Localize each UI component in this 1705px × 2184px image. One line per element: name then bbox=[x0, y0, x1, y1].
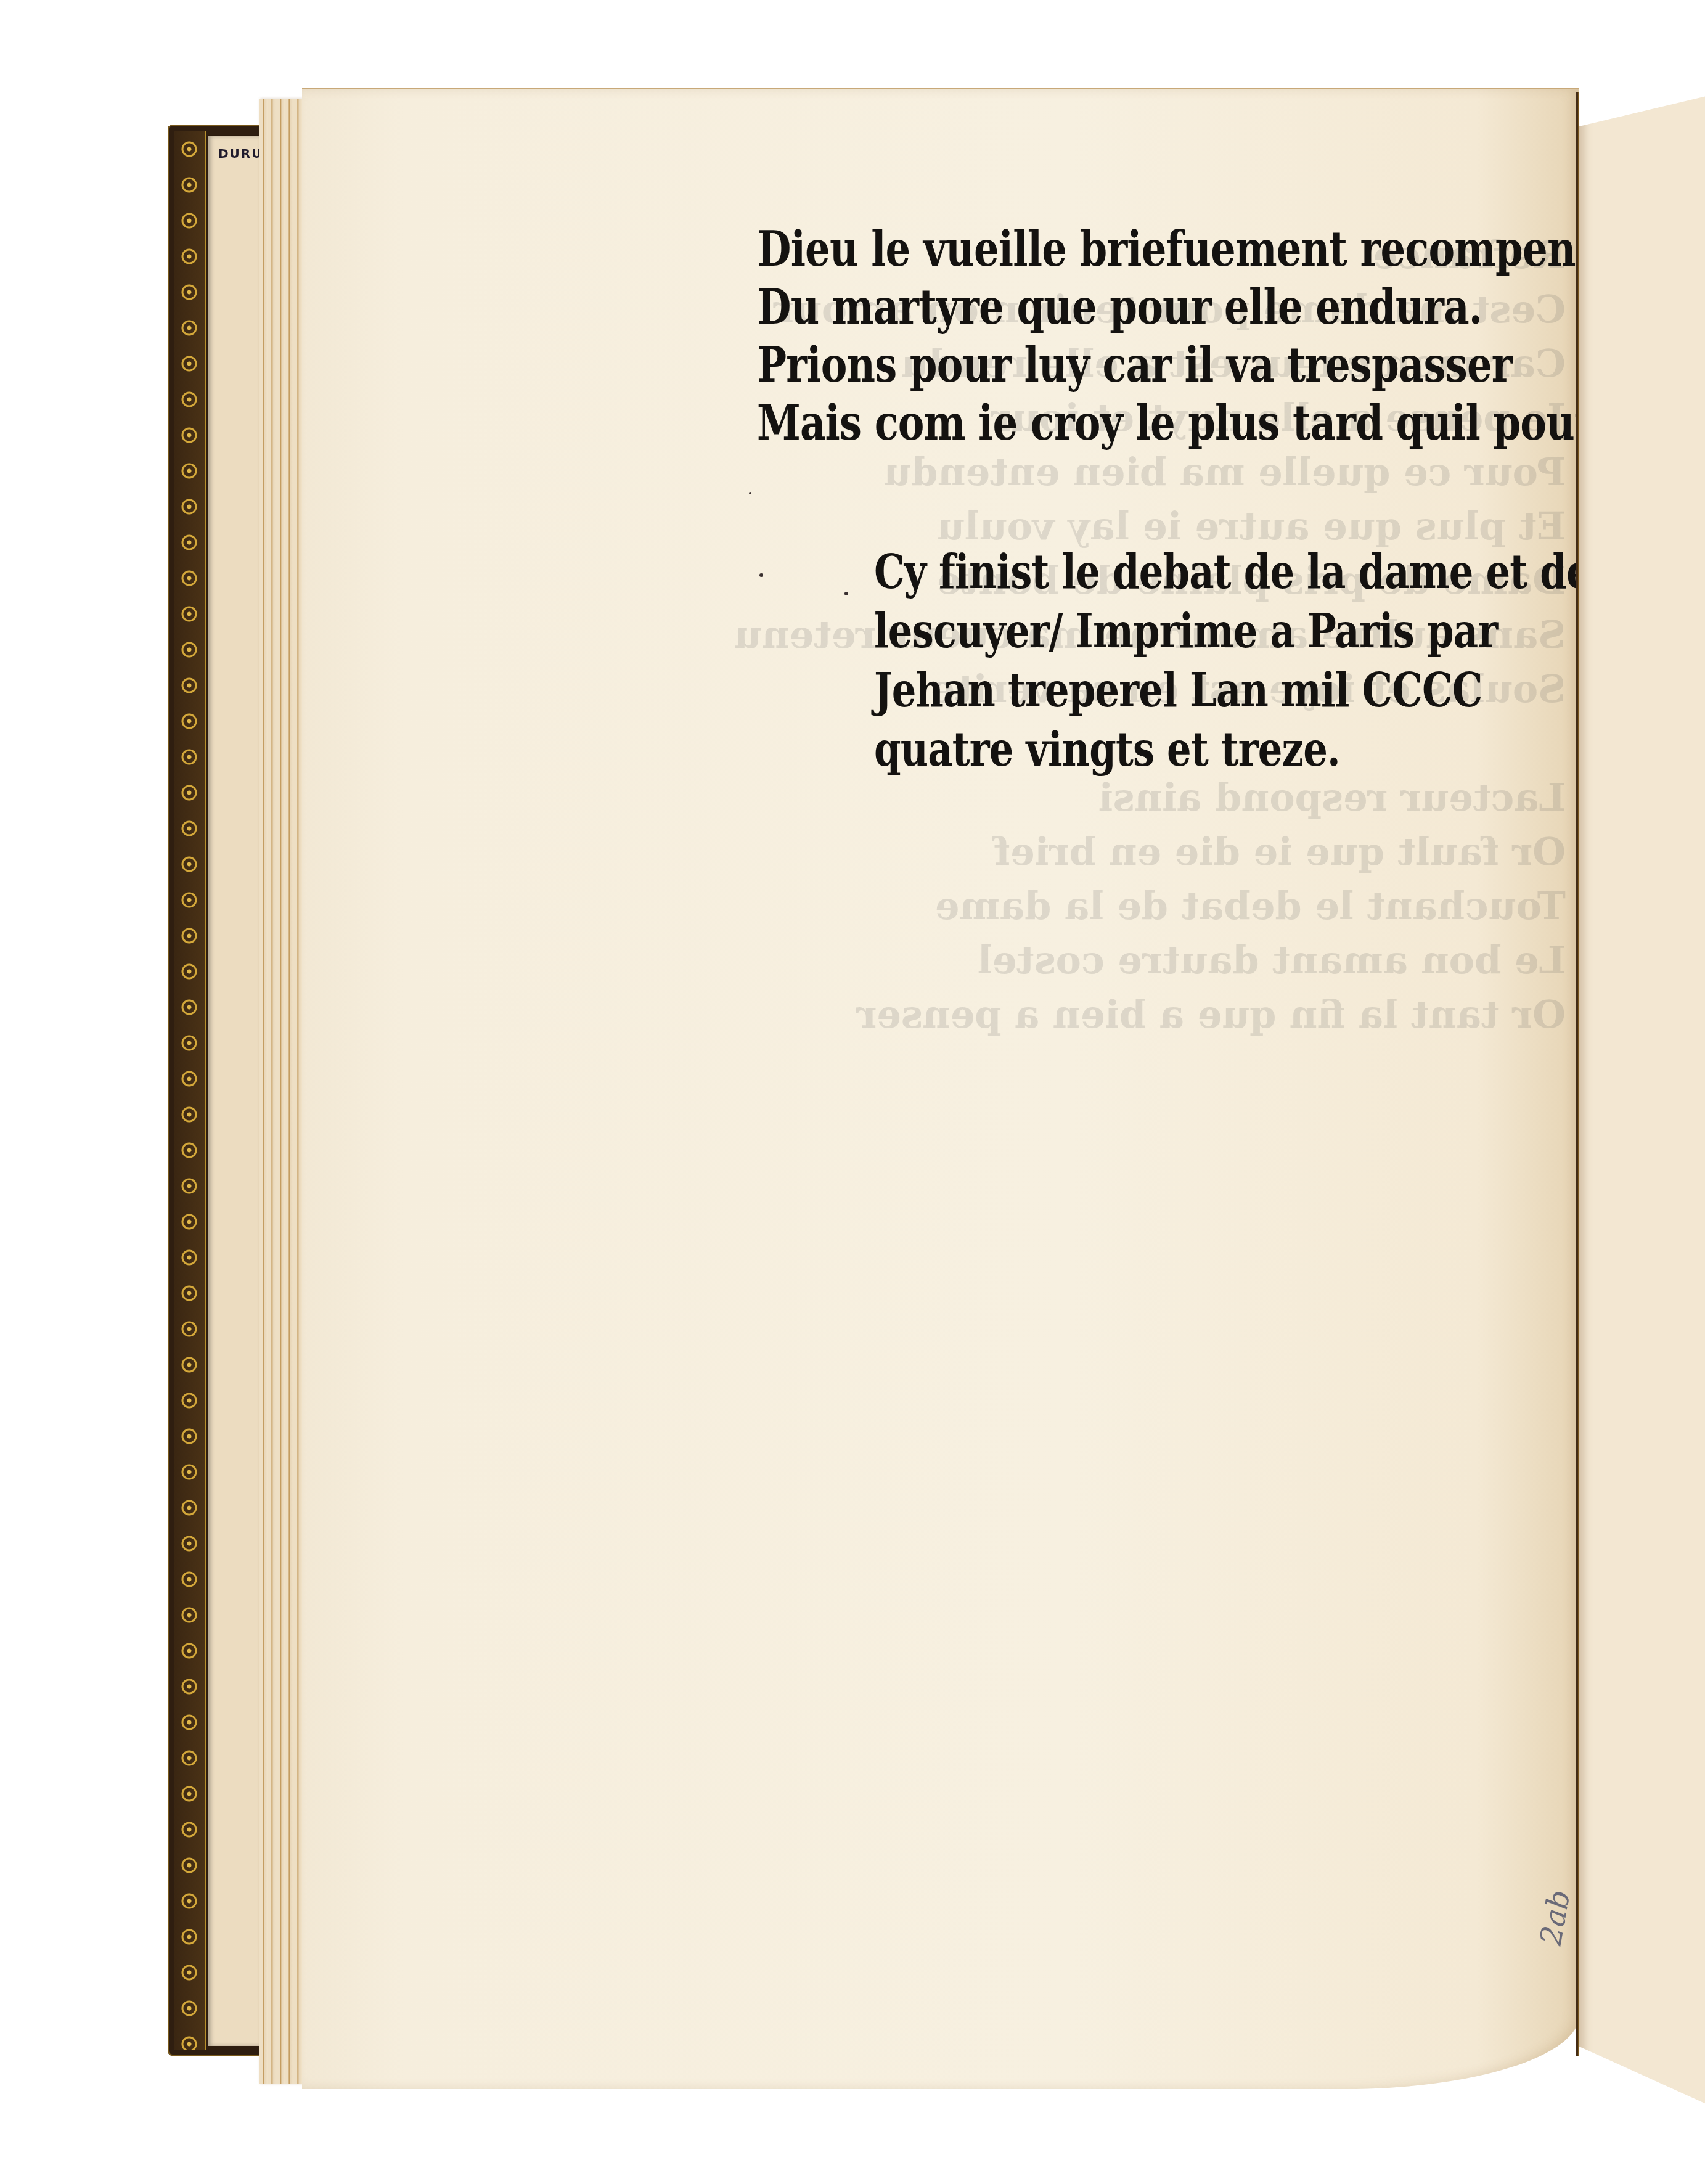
colophon-line: lescuyer/ Imprime a Paris par bbox=[874, 602, 1590, 661]
verse-stanza: Dieu le vueille briefuement recompenser.… bbox=[757, 221, 1651, 452]
ink-speck bbox=[844, 592, 848, 595]
binder-stamp: DURU bbox=[218, 146, 263, 161]
colophon-line: quatre vingts et treze. bbox=[874, 720, 1590, 779]
ghost-line: Or tant la fin que a bien a penser bbox=[764, 988, 1566, 1042]
gutter-fold bbox=[1576, 92, 1579, 2056]
ink-speck bbox=[749, 492, 751, 494]
book-cover-board: DURU bbox=[168, 125, 272, 2056]
colophon-line: Cy finist le debat de la dame et de bbox=[874, 542, 1590, 602]
ink-speck bbox=[759, 573, 763, 577]
ghost-line: Touchant le debat de la dame bbox=[764, 879, 1566, 933]
verse-line: Du martyre que pour elle endura. bbox=[757, 279, 1651, 337]
page-edges-stack bbox=[259, 99, 303, 2084]
ghost-line: Pour ce quelle ma bien entendu bbox=[764, 445, 1566, 499]
colophon: Cy finist le debat de la dame et de lesc… bbox=[874, 542, 1590, 779]
facing-page bbox=[1579, 0, 1705, 2184]
ghost-line: Or fault que ie die en brief bbox=[764, 825, 1566, 879]
verse-line: Dieu le vueille briefuement recompenser. bbox=[757, 221, 1651, 279]
verse-line: Mais com ie croy le plus tard quil pourr… bbox=[757, 395, 1651, 452]
verse-line: Prions pour luy car il va trespasser bbox=[757, 337, 1651, 395]
gilt-border-ornament bbox=[174, 131, 206, 2050]
ghost-line: Le bon amant dautre costel bbox=[764, 933, 1566, 988]
colophon-line: Jehan treperel Lan mil CCCC bbox=[874, 661, 1590, 720]
